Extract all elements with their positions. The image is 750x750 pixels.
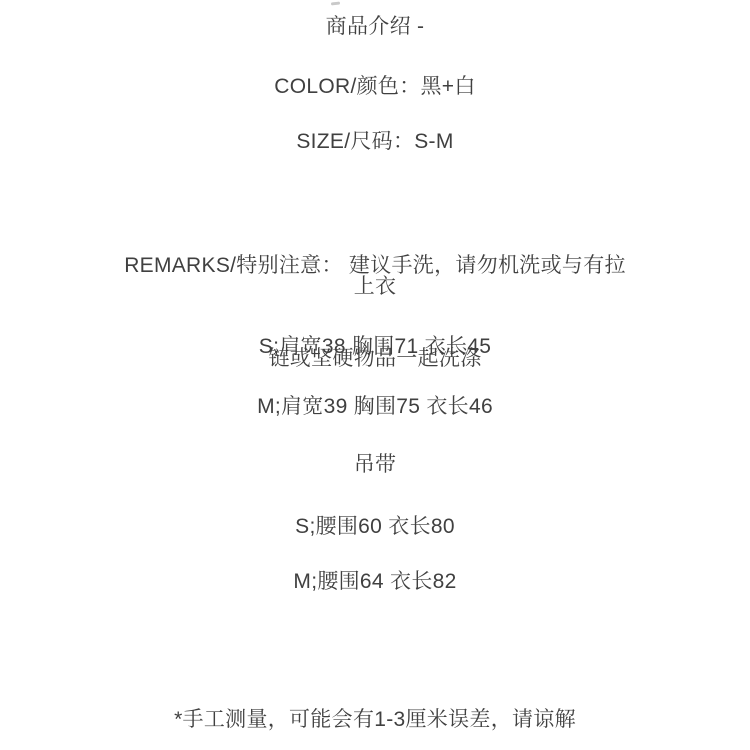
sling-garment-size-s: S;腰围60 衣长80 — [0, 513, 750, 541]
top-garment-heading: 上衣 — [0, 273, 750, 301]
top-garment-size-s: S;肩宽38 胸围71 衣长45 — [0, 333, 750, 361]
size-spec-line: SIZE/尺码：S-M — [0, 128, 750, 156]
sling-garment-heading: 吊带 — [0, 451, 750, 479]
cropped-character-fragment — [331, 2, 340, 6]
measurement-disclaimer: *手工测量，可能会有1-3厘米误差，请谅解 — [0, 706, 750, 734]
product-description-page: 商品介绍 - COLOR/颜色：黑+白 SIZE/尺码：S-M REMARKS/… — [0, 0, 750, 750]
sling-garment-size-m: M;腰围64 衣长82 — [0, 568, 750, 596]
section-title: 商品介绍 - — [0, 13, 750, 41]
top-garment-size-m: M;肩宽39 胸围75 衣长46 — [0, 393, 750, 421]
color-spec-line: COLOR/颜色：黑+白 — [0, 73, 750, 101]
